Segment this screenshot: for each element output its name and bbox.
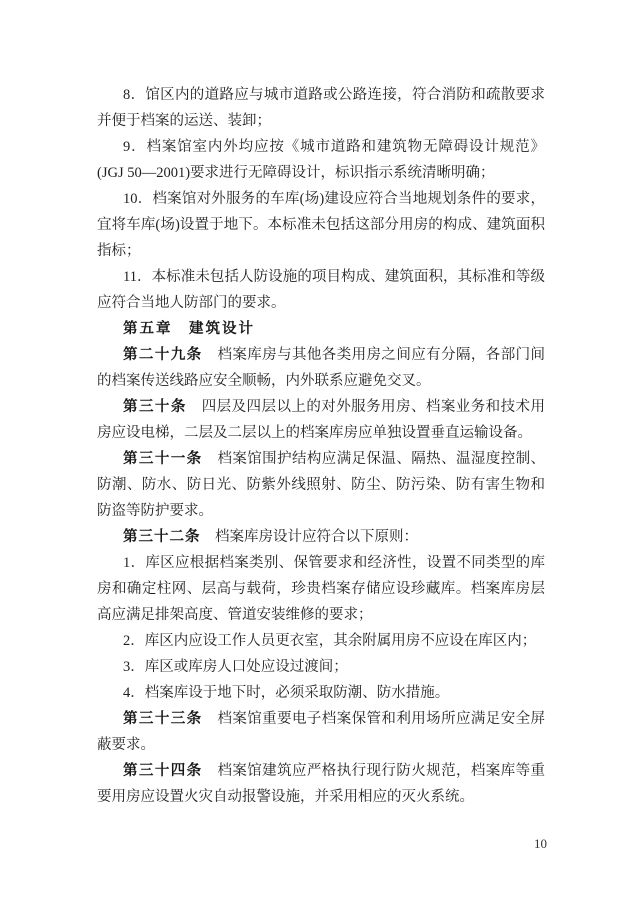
article-32-number: 第三十二条 bbox=[123, 529, 201, 545]
article-32-text: 档案库房设计应符合以下原则： bbox=[201, 529, 419, 545]
intro-item-9: 9．档案馆室内外均应按《城市道路和建筑物无障碍设计规范》(JGJ 50—2001… bbox=[97, 134, 545, 186]
article-32-item-1: 1．库区应根据档案类别、保管要求和经济性，设置不同类型的库房和确定柱网、层高与载… bbox=[97, 550, 545, 628]
article-29-number: 第二十九条 bbox=[123, 347, 203, 363]
article-31-number: 第三十一条 bbox=[123, 451, 203, 467]
article-30: 第三十条 四层及四层以上的对外服务用房、档案业务和技术用房应设电梯，二层及二层以… bbox=[97, 394, 545, 446]
article-31: 第三十一条 档案馆围护结构应满足保温、隔热、温湿度控制、防潮、防水、防日光、防紫… bbox=[97, 446, 545, 524]
article-32: 第三十二条 档案库房设计应符合以下原则： bbox=[97, 524, 545, 550]
document-body: 8．馆区内的道路应与城市道路或公路连接，符合消防和疏散要求并便于档案的运送、装卸… bbox=[97, 82, 545, 810]
article-34: 第三十四条 档案馆建筑应严格执行现行防火规范，档案库等重要用房应设置火灾自动报警… bbox=[97, 758, 545, 810]
article-29: 第二十九条 档案库房与其他各类用房之间应有分隔，各部门间的档案传送线路应安全顺畅… bbox=[97, 342, 545, 394]
document-page: 8．馆区内的道路应与城市道路或公路连接，符合消防和疏散要求并便于档案的运送、装卸… bbox=[0, 0, 639, 903]
intro-item-8: 8．馆区内的道路应与城市道路或公路连接，符合消防和疏散要求并便于档案的运送、装卸… bbox=[97, 82, 545, 134]
article-33: 第三十三条 档案馆重要电子档案保管和利用场所应满足安全屏蔽要求。 bbox=[97, 706, 545, 758]
page-number: 10 bbox=[534, 836, 547, 852]
article-33-number: 第三十三条 bbox=[123, 711, 203, 727]
chapter-heading: 第五章 建筑设计 bbox=[97, 316, 545, 342]
article-32-item-4: 4．档案库设于地下时，必须采取防潮、防水措施。 bbox=[97, 680, 545, 706]
intro-item-11: 11．本标准未包括人防设施的项目构成、建筑面积，其标准和等级应符合当地人防部门的… bbox=[97, 264, 545, 316]
article-32-item-3: 3．库区或库房人口处应设过渡间； bbox=[97, 654, 545, 680]
intro-item-10: 10．档案馆对外服务的车库(场)建设应符合当地规划条件的要求，宜将车库(场)设置… bbox=[97, 186, 545, 264]
article-30-number: 第三十条 bbox=[123, 399, 187, 415]
article-32-item-2: 2．库区内应设工作人员更衣室，其余附属用房不应设在库区内； bbox=[97, 628, 545, 654]
article-34-number: 第三十四条 bbox=[123, 763, 203, 779]
